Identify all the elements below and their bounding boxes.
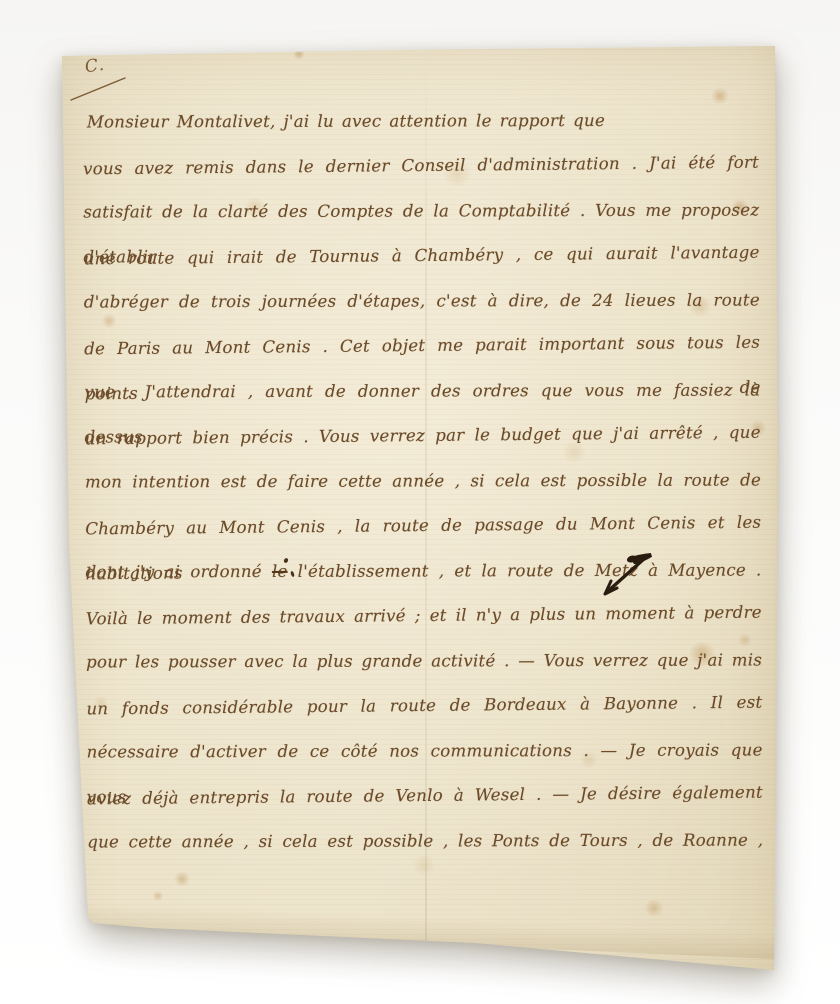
line-segment: l'établissement , et la route de Metz à … — [288, 560, 762, 580]
letter-paper-wrapper: C. Monsieur Montalivet, j'ai lu avec att… — [55, 44, 780, 980]
letter-line: aviez déjà entrepris la route de Venlo à… — [87, 770, 763, 822]
letter-paper: C. Monsieur Montalivet, j'ai lu avec att… — [55, 44, 780, 980]
letter-line: vue . J'attendrai , avant de donner des … — [84, 367, 760, 414]
foxing-spot — [292, 49, 306, 59]
letter-line: Monsieur Montalivet, j'ai lu avec attent… — [83, 98, 759, 145]
correction-arrow-icon — [595, 550, 665, 610]
letter-line: de Paris au Mont Cenis . Cet objet me pa… — [84, 320, 760, 372]
foxing-spot — [173, 872, 191, 886]
letter-line: mon intention est de faire cette année ,… — [85, 457, 761, 504]
letter-line: un rapport bien précis . Vous verrez par… — [85, 410, 761, 462]
collection-mark: C. — [67, 54, 131, 104]
struck-word: le — [272, 562, 288, 581]
letter-line: un fonds considérable pour la route de B… — [86, 680, 762, 732]
letter-line: Chambéry au Mont Cenis , la route de pas… — [85, 500, 761, 552]
letter-line: d'abréger de trois journées d'étapes, c'… — [84, 278, 760, 325]
letter-line: une route qui irait de Tournus à Chambér… — [83, 230, 759, 282]
line-segment: dont j'y ai ordonné — [86, 562, 272, 582]
foxing-spot — [152, 891, 164, 901]
letter-line: nécessaire d'activer de ce côté nos comm… — [87, 727, 763, 774]
letter-line: pour les pousser avec la plus grande act… — [86, 637, 762, 684]
collection-mark-slash-icon — [67, 54, 131, 104]
photograph-background: C. Monsieur Montalivet, j'ai lu avec att… — [0, 0, 840, 1004]
letter-body: Monsieur Montalivet, j'ai lu avec attent… — [83, 96, 764, 865]
paper-bottom-shading — [85, 903, 776, 959]
letter-line: vous avez remis dans le dernier Conseil … — [83, 140, 759, 192]
letter-line: que cette année , si cela est possible ,… — [87, 817, 763, 864]
foxing-spot — [643, 900, 665, 916]
letter-line: satisfait de la clarté des Comptes de la… — [83, 188, 759, 235]
